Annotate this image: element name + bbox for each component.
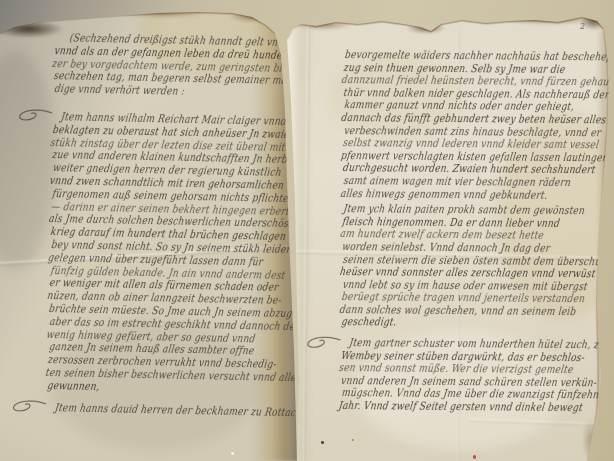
handwriting-ink: dige vnnd verhört werden : (54, 85, 186, 100)
handwriting-line: Jtem hanns dauid herren der beckhamer zu… (47, 396, 270, 413)
wormhole-speck (321, 441, 324, 444)
initial-flourish (305, 335, 341, 349)
paper-speck (231, 452, 234, 455)
handwriting-ink: Jahr. Vnnd zwelf Seitel gersten vnnd din… (338, 402, 584, 416)
handwriting-ink: gewunnen, (46, 382, 100, 395)
handwriting-paragraph: (Sechzehend dreißigst stükh hanndt gelt … (53, 27, 278, 96)
handwriting-line: alles hinwegs genommen vnnd gebkundert. (340, 183, 598, 198)
handwriting-paragraph: Jtem hanns wilhalm Reichart Mair claiger… (46, 106, 276, 392)
handwriting-paragraph: bevorgemelte wäiders nachher nachhaüs ha… (342, 44, 599, 197)
red-speck (473, 455, 476, 459)
left-page-text: (Sechzehend dreißigst stükh hanndt gelt … (46, 27, 278, 414)
handwriting-paragraph: Jtem ych klain paiten prokh sambt dem ge… (341, 198, 598, 326)
page-number: 2 (580, 22, 585, 31)
initial-flourish (11, 399, 47, 414)
handwriting-line: geschedigt. (341, 311, 597, 326)
manuscript-photo: (Sechzehend dreißigst stükh hanndt gelt … (0, 0, 614, 461)
red-speck (352, 439, 354, 441)
initial-flourish (17, 109, 53, 124)
handwriting-paragraph: Jtem hanns dauid herren der beckhamer zu… (46, 396, 270, 413)
right-page-text: bevorgemelte wäiders nachher nachhaüs ha… (340, 44, 599, 410)
handwriting-ink: geschedigt. (341, 318, 398, 331)
handwriting-line: Jahr. Vnnd zwelf Seitel gersten vnnd din… (338, 395, 596, 410)
handwriting-paragraph: Jtem gartner schuster vom hunderthen hüt… (340, 332, 597, 410)
